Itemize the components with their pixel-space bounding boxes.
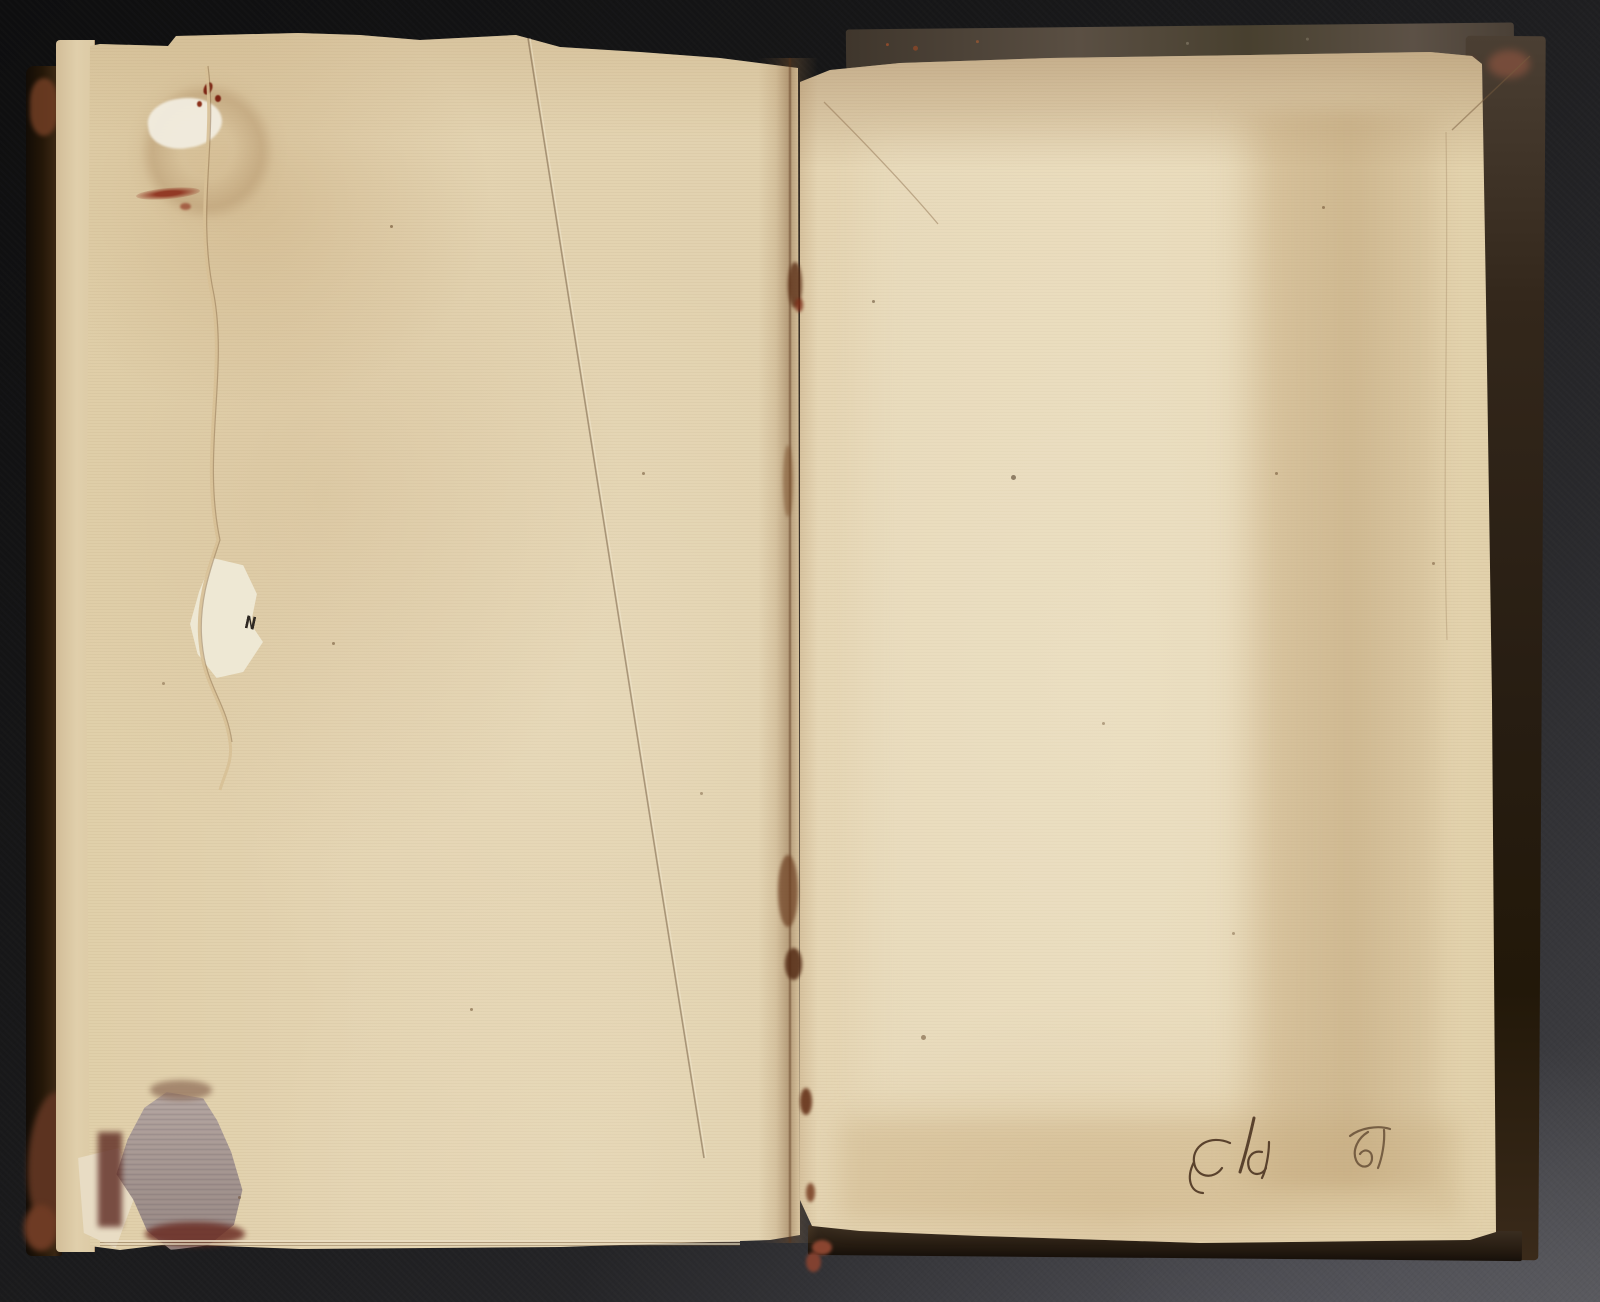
photo-scene: Open antiquarian book — blank, foxed end…	[0, 0, 1600, 1302]
gutter-damage-spot	[806, 1252, 821, 1272]
gutter-damage-spot	[800, 1088, 812, 1115]
right-cover-corner-wear	[1488, 50, 1530, 78]
left-cover-leather-wear-lower	[24, 1205, 58, 1251]
gutter-damage-spot	[783, 445, 793, 517]
torn-pastedown-fragment	[90, 1080, 268, 1256]
right-page-water-stain-band	[1225, 110, 1440, 1190]
book-gutter	[758, 58, 818, 1243]
fragment-dark-edge	[150, 1080, 212, 1100]
gutter-damage-spot	[795, 298, 803, 312]
gutter-damage-spot	[778, 855, 798, 927]
right-page-bottom-stain	[840, 1120, 1460, 1220]
red-ink-speck	[197, 101, 202, 107]
fragment-dark-edge	[98, 1132, 122, 1227]
red-ink-speck	[215, 95, 221, 102]
right-page-ghost-impression	[865, 140, 1245, 1100]
foxing-specks	[0, 0, 3, 3]
red-stain-dot	[180, 203, 191, 210]
gutter-damage-spot	[785, 948, 802, 980]
gutter-damage-spot	[806, 1183, 815, 1202]
page-stack-edge	[100, 1240, 740, 1250]
left-cover-worn-corner	[30, 78, 58, 136]
